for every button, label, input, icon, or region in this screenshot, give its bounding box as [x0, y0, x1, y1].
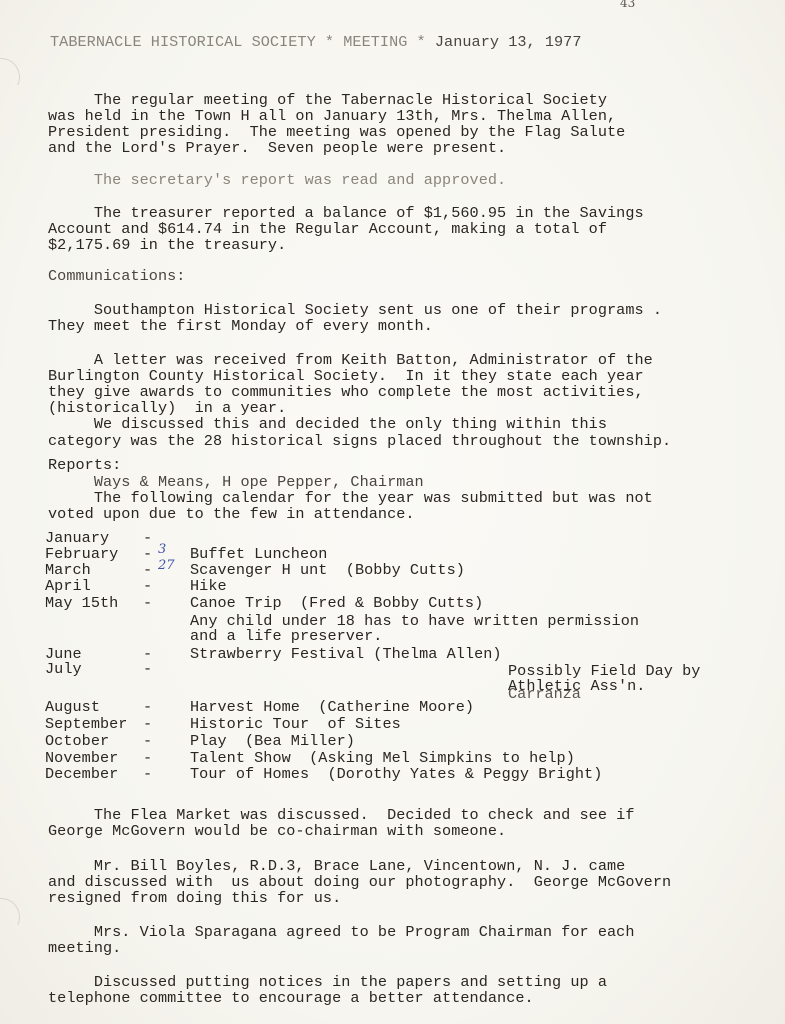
text-line: George McGovern would be co-chairman wit…	[48, 823, 506, 839]
calendar-dash: -	[143, 716, 152, 732]
calendar-dash: -	[143, 595, 152, 611]
calendar-month: January	[45, 530, 109, 546]
document-header: TABERNACLE HISTORICAL SOCIETY * MEETING …	[50, 34, 582, 50]
calendar-month: November	[45, 750, 118, 766]
text-line: (historically) in a year.	[48, 400, 286, 416]
handwritten-corner-mark: 43	[620, 0, 635, 10]
punch-hole-mark	[0, 893, 25, 942]
calendar-event: Tour of Homes (Dorothy Yates & Peggy Bri…	[190, 766, 602, 782]
handwritten-date-note: 3	[158, 542, 166, 557]
calendar-event: Historic Tour of Sites	[190, 716, 401, 732]
calendar-month: August	[45, 699, 100, 715]
header-date: January 13, 1977	[435, 33, 582, 51]
calendar-dash: -	[143, 750, 152, 766]
text-line: and discussed with us about doing our ph…	[48, 874, 671, 890]
header-society-meeting: TABERNACLE HISTORICAL SOCIETY * MEETING …	[50, 33, 435, 51]
calendar-event: Buffet Luncheon	[190, 546, 327, 562]
calendar-dash: -	[143, 578, 152, 594]
punch-hole-mark	[0, 53, 25, 102]
calendar-event: Harvest Home (Catherine Moore)	[190, 699, 474, 715]
calendar-month: February	[45, 546, 118, 562]
calendar-event: Play (Bea Miller)	[190, 733, 355, 749]
text-line: They meet the first Monday of every mont…	[48, 318, 433, 334]
calendar-event: and a life preserver.	[190, 628, 382, 644]
text-line: they give awards to communities who comp…	[48, 384, 644, 400]
text-line: telephone committee to encourage a bette…	[48, 990, 534, 1006]
text-line: Mr. Bill Boyles, R.D.3, Brace Lane, Vinc…	[48, 858, 625, 874]
calendar-month: December	[45, 766, 118, 782]
text-line: Mrs. Viola Sparagana agreed to be Progra…	[48, 924, 635, 940]
text-line: $2,175.69 in the treasury.	[48, 237, 286, 253]
calendar-dash: -	[143, 699, 152, 715]
text-line: The following calendar for the year was …	[48, 490, 653, 506]
calendar-event: Talent Show (Asking Mel Simpkins to help…	[190, 750, 575, 766]
calendar-month: March	[45, 562, 91, 578]
handwritten-date-note: 27	[158, 558, 175, 573]
calendar-dash: -	[143, 546, 152, 562]
text-line: category was the 28 historical signs pla…	[48, 433, 671, 449]
text-line: President presiding. The meeting was ope…	[48, 124, 625, 140]
calendar-month: May 15th	[45, 595, 118, 611]
calendar-dash: -	[143, 562, 152, 578]
july-note-overstrike: Carranza	[508, 686, 581, 702]
calendar-month: September	[45, 716, 127, 732]
ways-means-report: Ways & Means, H ope Pepper, Chairman	[48, 474, 424, 490]
communications-heading: Communications:	[48, 268, 185, 284]
scanned-page: 43 TABERNACLE HISTORICAL SOCIETY * MEETI…	[0, 0, 785, 1024]
text-line: The Flea Market was discussed. Decided t…	[48, 807, 635, 823]
calendar-event: Scavenger H unt (Bobby Cutts)	[190, 562, 465, 578]
calendar-dash: -	[143, 661, 152, 677]
calendar-event: Strawberry Festival (Thelma Allen)	[190, 646, 502, 662]
calendar-dash: -	[143, 530, 152, 546]
text-line: and the Lord's Prayer. Seven people were…	[48, 140, 506, 156]
calendar-month: April	[45, 578, 91, 594]
text-line: The regular meeting of the Tabernacle Hi…	[48, 92, 607, 108]
text-line: meeting.	[48, 940, 121, 956]
calendar-event: Hike	[190, 578, 227, 594]
text-line: Burlington County Historical Society. In…	[48, 368, 644, 384]
text-line: A letter was received from Keith Batton,…	[48, 352, 653, 368]
text-line: resigned from doing this for us.	[48, 890, 341, 906]
reports-heading: Reports:	[48, 457, 121, 473]
calendar-dash: -	[143, 733, 152, 749]
paragraph-secretary: The secretary's report was read and appr…	[48, 172, 506, 188]
calendar-event: Canoe Trip (Fred & Bobby Cutts)	[190, 595, 483, 611]
text-line: Southampton Historical Society sent us o…	[48, 302, 662, 318]
text-line: was held in the Town H all on January 13…	[48, 108, 616, 124]
calendar-dash: -	[143, 766, 152, 782]
calendar-month: July	[45, 661, 82, 677]
text-line: The treasurer reported a balance of $1,5…	[48, 205, 644, 221]
text-line: Discussed putting notices in the papers …	[48, 974, 607, 990]
text-line: voted upon due to the few in attendance.	[48, 506, 415, 522]
calendar-month: October	[45, 733, 109, 749]
text-line: We discussed this and decided the only t…	[48, 416, 607, 432]
text-line: Account and $614.74 in the Regular Accou…	[48, 221, 607, 237]
